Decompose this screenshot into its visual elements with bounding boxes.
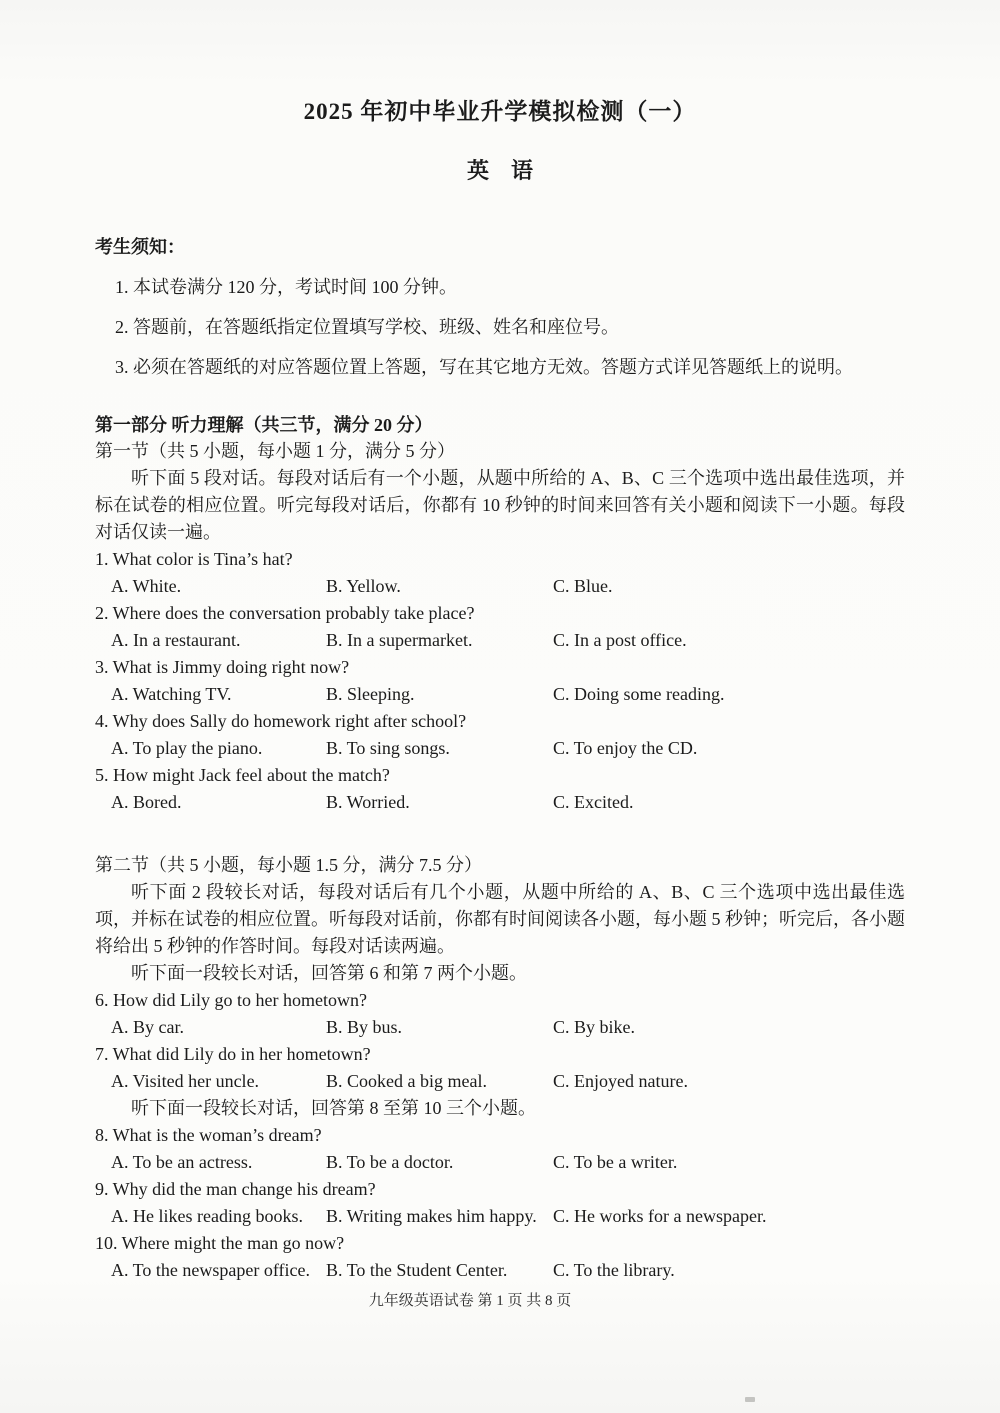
question-5-options: A. Bored. B. Worried. C. Excited. — [111, 789, 905, 816]
question-6-option-b: B. By bus. — [326, 1014, 553, 1041]
question-10-option-c: C. To the library. — [553, 1257, 905, 1284]
exam-content: 2025 年初中毕业升学模拟检测（一） 英 语 考生须知： 1. 本试卷满分 1… — [0, 0, 1000, 1284]
question-9-text: 9. Why did the man change his dream? — [95, 1176, 905, 1203]
exam-title: 2025 年初中毕业升学模拟检测（一） — [95, 96, 905, 128]
notice-item-1: 1. 本试卷满分 120 分，考试时间 100 分钟。 — [95, 274, 905, 300]
question-10-option-a: A. To the newspaper office. — [111, 1257, 326, 1284]
page-footer: 九年级英语试卷 第 1 页 共 8 页 — [0, 1290, 970, 1312]
question-4-options: A. To play the piano. B. To sing songs. … — [111, 735, 905, 762]
question-3-options: A. Watching TV. B. Sleeping. C. Doing so… — [111, 681, 905, 708]
question-5-text: 5. How might Jack feel about the match? — [95, 762, 905, 789]
question-4-option-b: B. To sing songs. — [326, 735, 553, 762]
notice-item-2: 2. 答题前，在答题纸指定位置填写学校、班级、姓名和座位号。 — [95, 314, 905, 340]
question-10-text: 10. Where might the man go now? — [95, 1230, 905, 1257]
question-1-option-b: B. Yellow. — [326, 573, 553, 600]
question-8-text: 8. What is the woman’s dream? — [95, 1122, 905, 1149]
question-4: 4. Why does Sally do homework right afte… — [95, 708, 905, 762]
question-4-option-c: C. To enjoy the CD. — [553, 735, 905, 762]
question-8-option-c: C. To be a writer. — [553, 1149, 905, 1176]
question-2-text: 2. Where does the conversation probably … — [95, 600, 905, 627]
question-7-text: 7. What did Lily do in her hometown? — [95, 1041, 905, 1068]
section2-heading: 第二节（共 5 小题，每小题 1.5 分，满分 7.5 分） — [95, 852, 905, 879]
question-5-option-b: B. Worried. — [326, 789, 553, 816]
question-3-option-a: A. Watching TV. — [111, 681, 326, 708]
question-2-option-a: A. In a restaurant. — [111, 627, 326, 654]
question-4-text: 4. Why does Sally do homework right afte… — [95, 708, 905, 735]
exam-page: 2025 年初中毕业升学模拟检测（一） 英 语 考生须知： 1. 本试卷满分 1… — [0, 0, 1000, 1413]
question-7-option-b: B. Cooked a big meal. — [326, 1068, 553, 1095]
section1-heading: 第一节（共 5 小题，每小题 1 分，满分 5 分） — [95, 438, 905, 465]
question-3-text: 3. What is Jimmy doing right now? — [95, 654, 905, 681]
question-8: 8. What is the woman’s dream? A. To be a… — [95, 1122, 905, 1176]
section2-prompt-2: 听下面一段较长对话，回答第 8 至第 10 三个小题。 — [95, 1095, 905, 1122]
part1-heading: 第一部分 听力理解（共三节，满分 20 分） — [95, 412, 905, 438]
scan-artifact-mark — [745, 1397, 755, 1402]
section2-prompt-1: 听下面一段较长对话，回答第 6 和第 7 两个小题。 — [95, 960, 905, 987]
question-1-text: 1. What color is Tina’s hat? — [95, 546, 905, 573]
question-2: 2. Where does the conversation probably … — [95, 600, 905, 654]
question-8-options: A. To be an actress. B. To be a doctor. … — [111, 1149, 905, 1176]
question-1: 1. What color is Tina’s hat? A. White. B… — [95, 546, 905, 600]
question-7-option-c: C. Enjoyed nature. — [553, 1068, 905, 1095]
question-5: 5. How might Jack feel about the match? … — [95, 762, 905, 816]
question-9-option-a: A. He likes reading books. — [111, 1203, 326, 1230]
notice-item-3: 3. 必须在答题纸的对应答题位置上答题，写在其它地方无效。答题方式详见答题纸上的… — [95, 354, 905, 380]
question-7-options: A. Visited her uncle. B. Cooked a big me… — [111, 1068, 905, 1095]
question-1-option-a: A. White. — [111, 573, 326, 600]
question-3: 3. What is Jimmy doing right now? A. Wat… — [95, 654, 905, 708]
question-3-option-c: C. Doing some reading. — [553, 681, 905, 708]
exam-subject: 英 语 — [95, 156, 905, 186]
question-6-option-a: A. By car. — [111, 1014, 326, 1041]
question-1-option-c: C. Blue. — [553, 573, 905, 600]
question-10-option-b: B. To the Student Center. — [326, 1257, 553, 1284]
question-7: 7. What did Lily do in her hometown? A. … — [95, 1041, 905, 1095]
notice-heading: 考生须知： — [95, 234, 905, 260]
question-6-text: 6. How did Lily go to her hometown? — [95, 987, 905, 1014]
question-9-option-b: B. Writing makes him happy. — [326, 1203, 553, 1230]
question-2-option-b: B. In a supermarket. — [326, 627, 553, 654]
section2-instructions: 听下面 2 段较长对话，每段对话后有几个小题，从题中所给的 A、B、C 三个选项… — [95, 879, 905, 960]
question-5-option-c: C. Excited. — [553, 789, 905, 816]
question-2-options: A. In a restaurant. B. In a supermarket.… — [111, 627, 905, 654]
question-10-options: A. To the newspaper office. B. To the St… — [111, 1257, 905, 1284]
question-6-options: A. By car. B. By bus. C. By bike. — [111, 1014, 905, 1041]
question-6-option-c: C. By bike. — [553, 1014, 905, 1041]
question-10: 10. Where might the man go now? A. To th… — [95, 1230, 905, 1284]
question-9-option-c: C. He works for a newspaper. — [553, 1203, 905, 1230]
section1-instructions: 听下面 5 段对话。每段对话后有一个小题，从题中所给的 A、B、C 三个选项中选… — [95, 465, 905, 546]
question-9: 9. Why did the man change his dream? A. … — [95, 1176, 905, 1230]
question-2-option-c: C. In a post office. — [553, 627, 905, 654]
question-6: 6. How did Lily go to her hometown? A. B… — [95, 987, 905, 1041]
question-1-options: A. White. B. Yellow. C. Blue. — [111, 573, 905, 600]
question-3-option-b: B. Sleeping. — [326, 681, 553, 708]
question-4-option-a: A. To play the piano. — [111, 735, 326, 762]
question-9-options: A. He likes reading books. B. Writing ma… — [111, 1203, 905, 1230]
question-8-option-a: A. To be an actress. — [111, 1149, 326, 1176]
question-7-option-a: A. Visited her uncle. — [111, 1068, 326, 1095]
question-8-option-b: B. To be a doctor. — [326, 1149, 553, 1176]
question-5-option-a: A. Bored. — [111, 789, 326, 816]
